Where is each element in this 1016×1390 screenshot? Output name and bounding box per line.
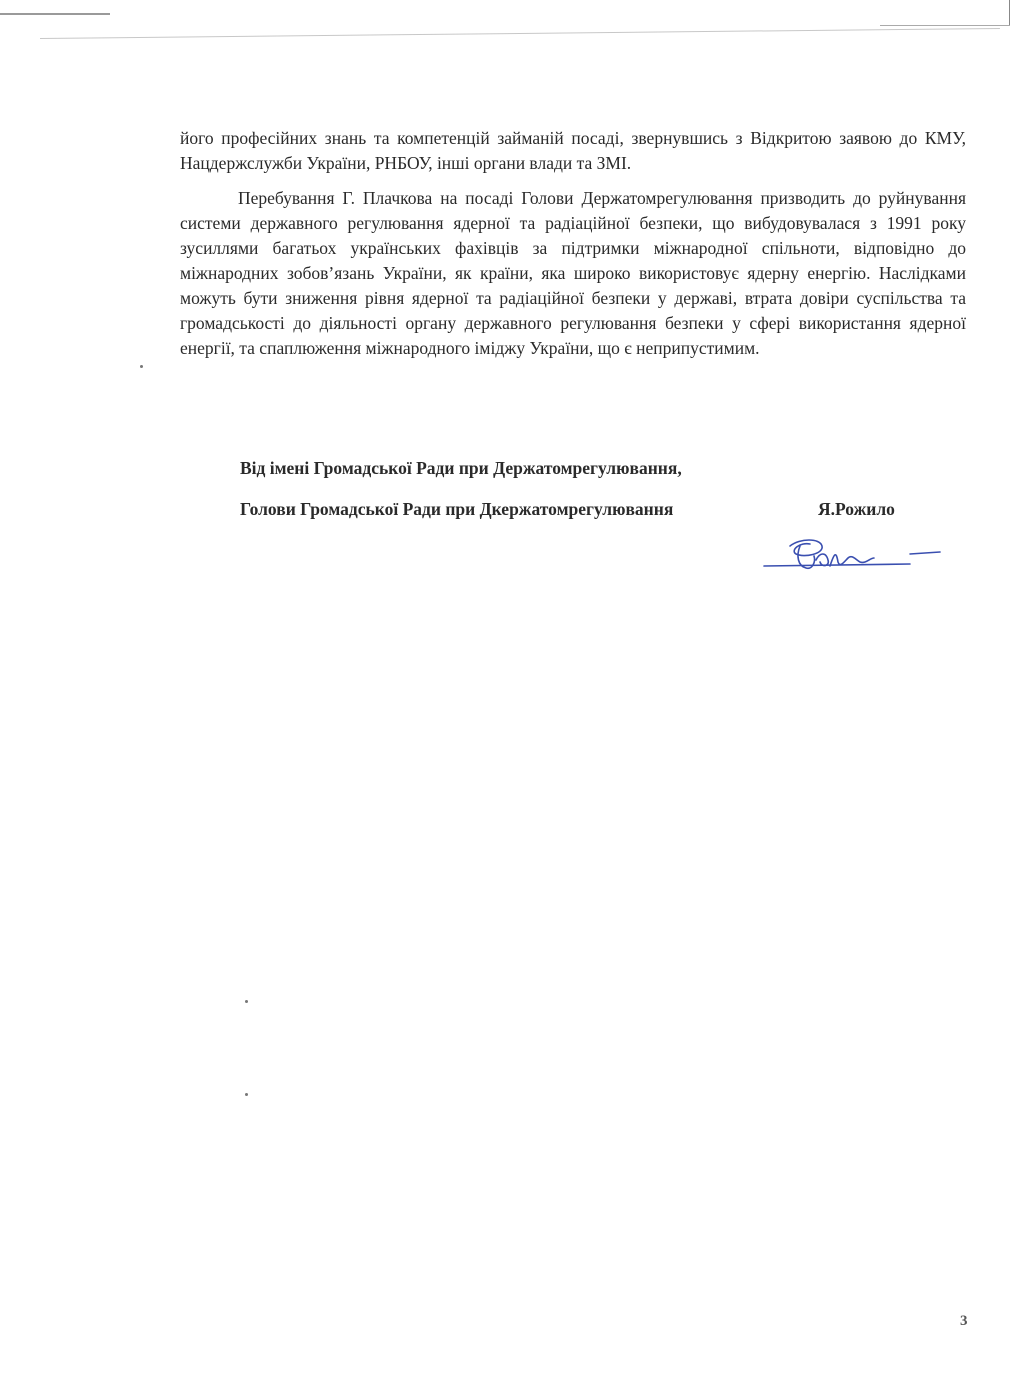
document-body: його професійних знань та компетенцій за… — [180, 126, 966, 361]
signatory-name: Я.Рожило — [818, 499, 895, 520]
paragraph-main: Перебування Г. Плачкова на посаді Голови… — [180, 186, 966, 361]
scan-speck — [245, 1000, 248, 1003]
handwritten-signature-icon — [760, 532, 950, 582]
scan-speck — [245, 1093, 248, 1096]
scan-edge — [0, 13, 110, 15]
scan-edge — [1009, 0, 1010, 26]
signature-line-1: Від імені Громадської Ради при Держатомр… — [240, 458, 682, 479]
page-number: 3 — [960, 1313, 968, 1330]
scan-edge — [40, 28, 1000, 39]
scan-speck — [140, 365, 143, 368]
signature-line-2: Голови Громадської Ради при Дкержатомрег… — [240, 499, 673, 520]
scan-edge — [880, 25, 1010, 26]
paragraph-continuation: його професійних знань та компетенцій за… — [180, 126, 966, 176]
signatory-title: Голови Громадської Ради при Дкержатомрег… — [240, 499, 673, 519]
